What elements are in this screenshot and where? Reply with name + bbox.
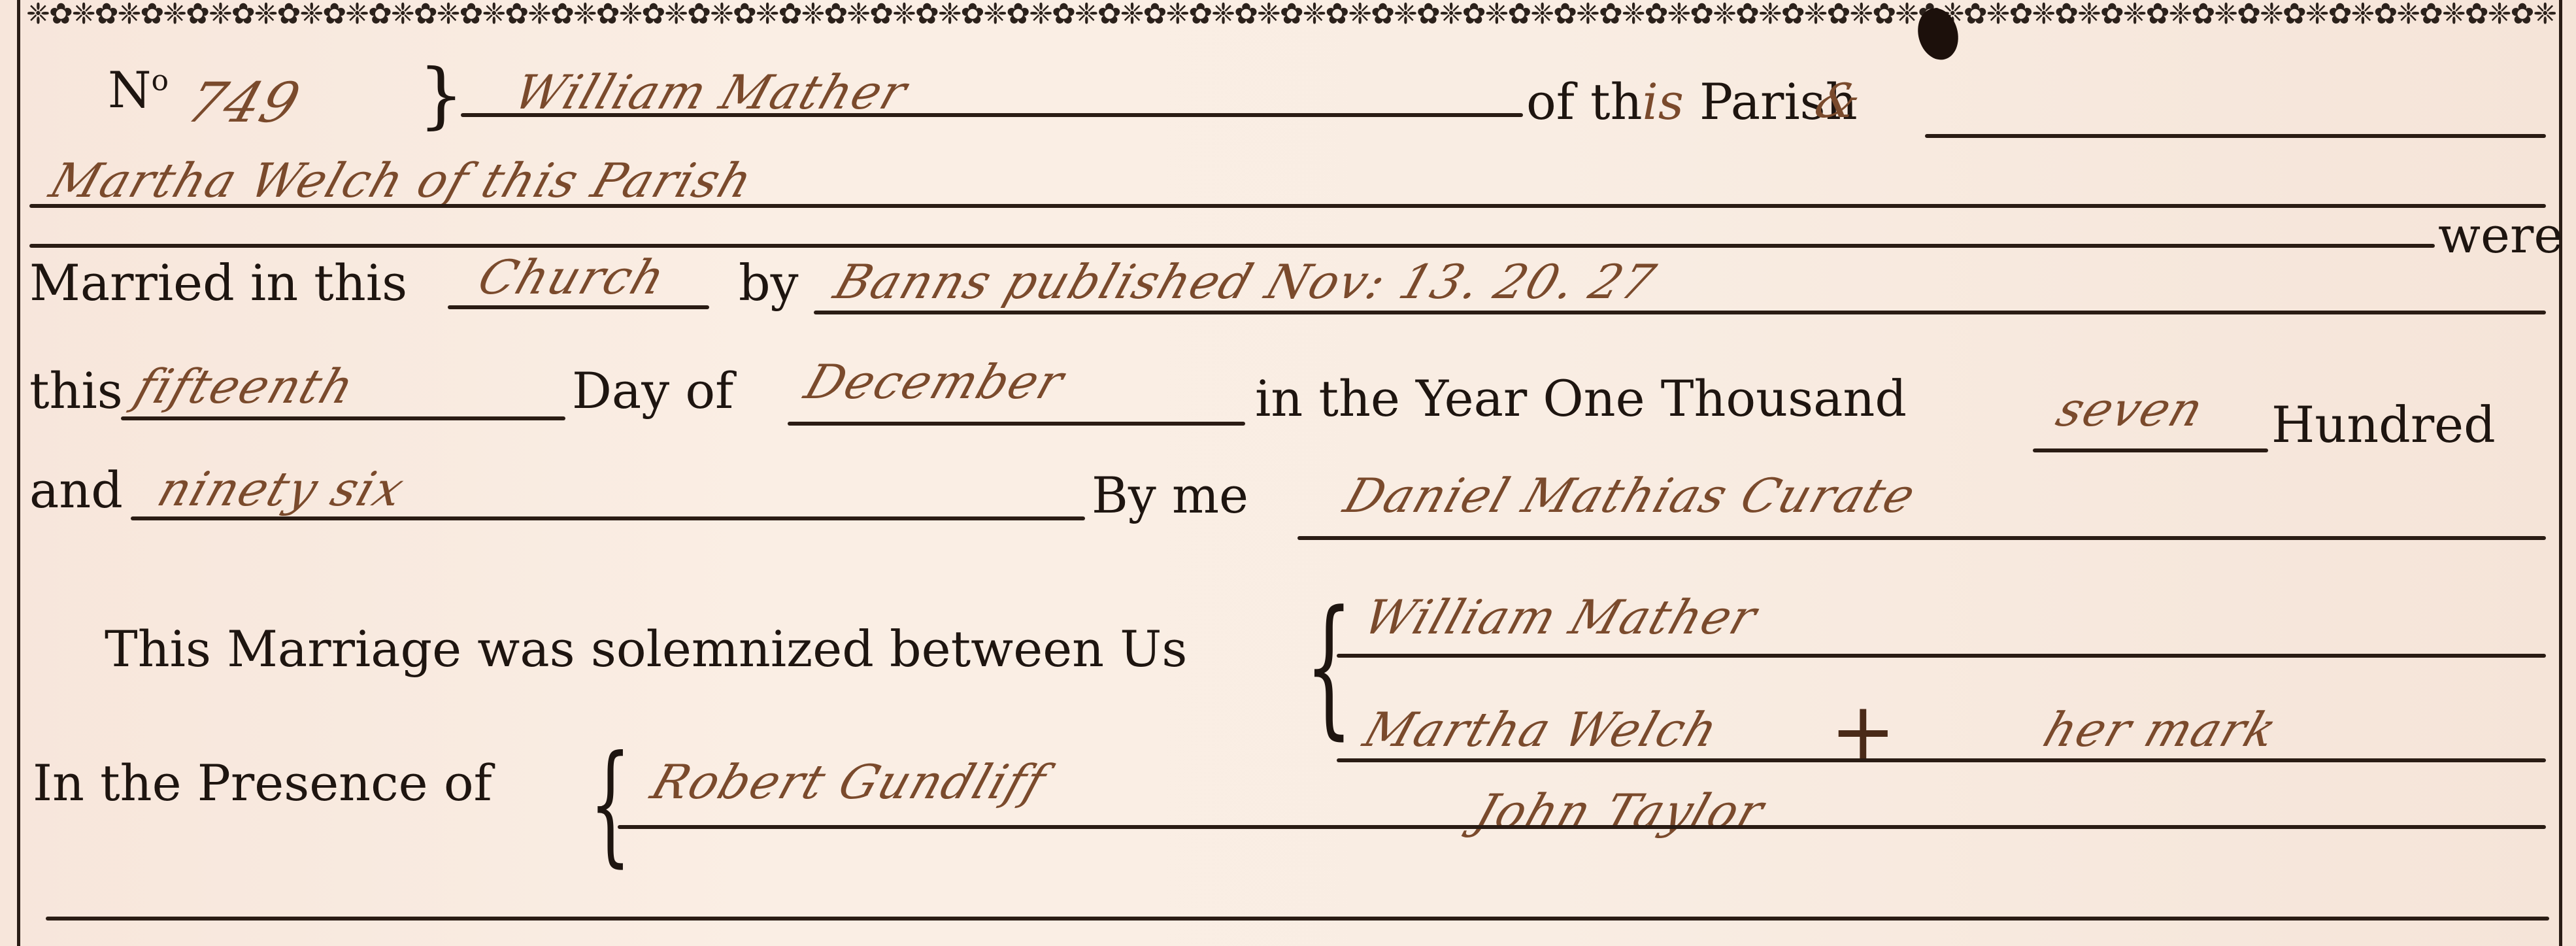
party-groom-underline [1337,654,2546,658]
groom-name: William Mather [509,69,913,116]
witness-underline [618,825,2546,829]
number-label-n: N [108,61,152,119]
page-right-border [2559,0,2562,946]
century-underline [2033,448,2268,452]
bride-line: Martha Welch of this Parish [44,157,759,204]
year-rest-underline [131,516,1085,520]
groom-underline [461,113,1523,117]
presence-label: In the Presence of [33,758,492,808]
method-value: Banns published Nov: 13. 20. 27 [829,258,1662,305]
number-label-o: o [152,64,169,97]
party-mark-label: her mark [2038,706,2283,753]
place-value: Church [473,254,671,301]
month-underline [788,422,1245,426]
by-label: by [739,258,799,308]
bottom-rule [46,917,2549,921]
were-label: were [2438,211,2563,260]
married-in-this-label: Married in this [29,258,407,308]
day-value: fifteenth [129,363,361,410]
entry-number: 749 [180,75,307,130]
in-the-year-label: in the Year One Thousand [1255,374,1907,424]
party-signature-bride: Martha Welch [1358,706,1724,753]
party-signature-groom: William Mather [1358,594,1763,641]
witness-left-brace: { [590,739,631,870]
century-value: seven [2051,386,2210,433]
ornamental-border: ❈✿❈✿❈✿❈✿❈✿❈✿❈✿❈✿❈✿❈✿❈✿❈✿❈✿❈✿❈✿❈✿❈✿❈✿❈✿❈✿… [26,0,2556,34]
year-rest-value: ninety six [152,465,410,513]
this-label: this [29,366,123,416]
is-handwritten: is [1643,73,1684,131]
were-underline [29,244,2435,248]
officiant-underline [1297,536,2546,540]
of-this-parish-label: of this Parish [1526,77,1858,127]
method-underline [814,311,2546,314]
hundred-label: Hundred [2271,400,2496,450]
of-th-text: of th [1526,73,1643,131]
page-left-border [17,0,20,946]
entry-number-label: No [108,65,169,115]
and-label: and [29,465,123,515]
by-me-label: By me [1092,471,1248,520]
party-bride-underline [1337,758,2546,762]
day-underline [121,416,565,420]
register-page: ❈✿❈✿❈✿❈✿❈✿❈✿❈✿❈✿❈✿❈✿❈✿❈✿❈✿❈✿❈✿❈✿❈✿❈✿❈✿❈✿… [0,0,2576,946]
place-underline [448,305,709,309]
groom-parish-underline [1925,134,2546,138]
solemnized-label: This Marriage was solemnized between Us [105,624,1187,674]
month-value: December [799,358,1070,405]
witness-1-signature: Robert Gundliff [646,758,1052,805]
day-of-label: Day of [572,366,733,416]
right-brace: } [418,59,464,131]
officiant-value: Daniel Mathias Curate [1339,472,1922,519]
bride-underline [29,204,2546,208]
parties-left-brace: { [1305,592,1353,742]
